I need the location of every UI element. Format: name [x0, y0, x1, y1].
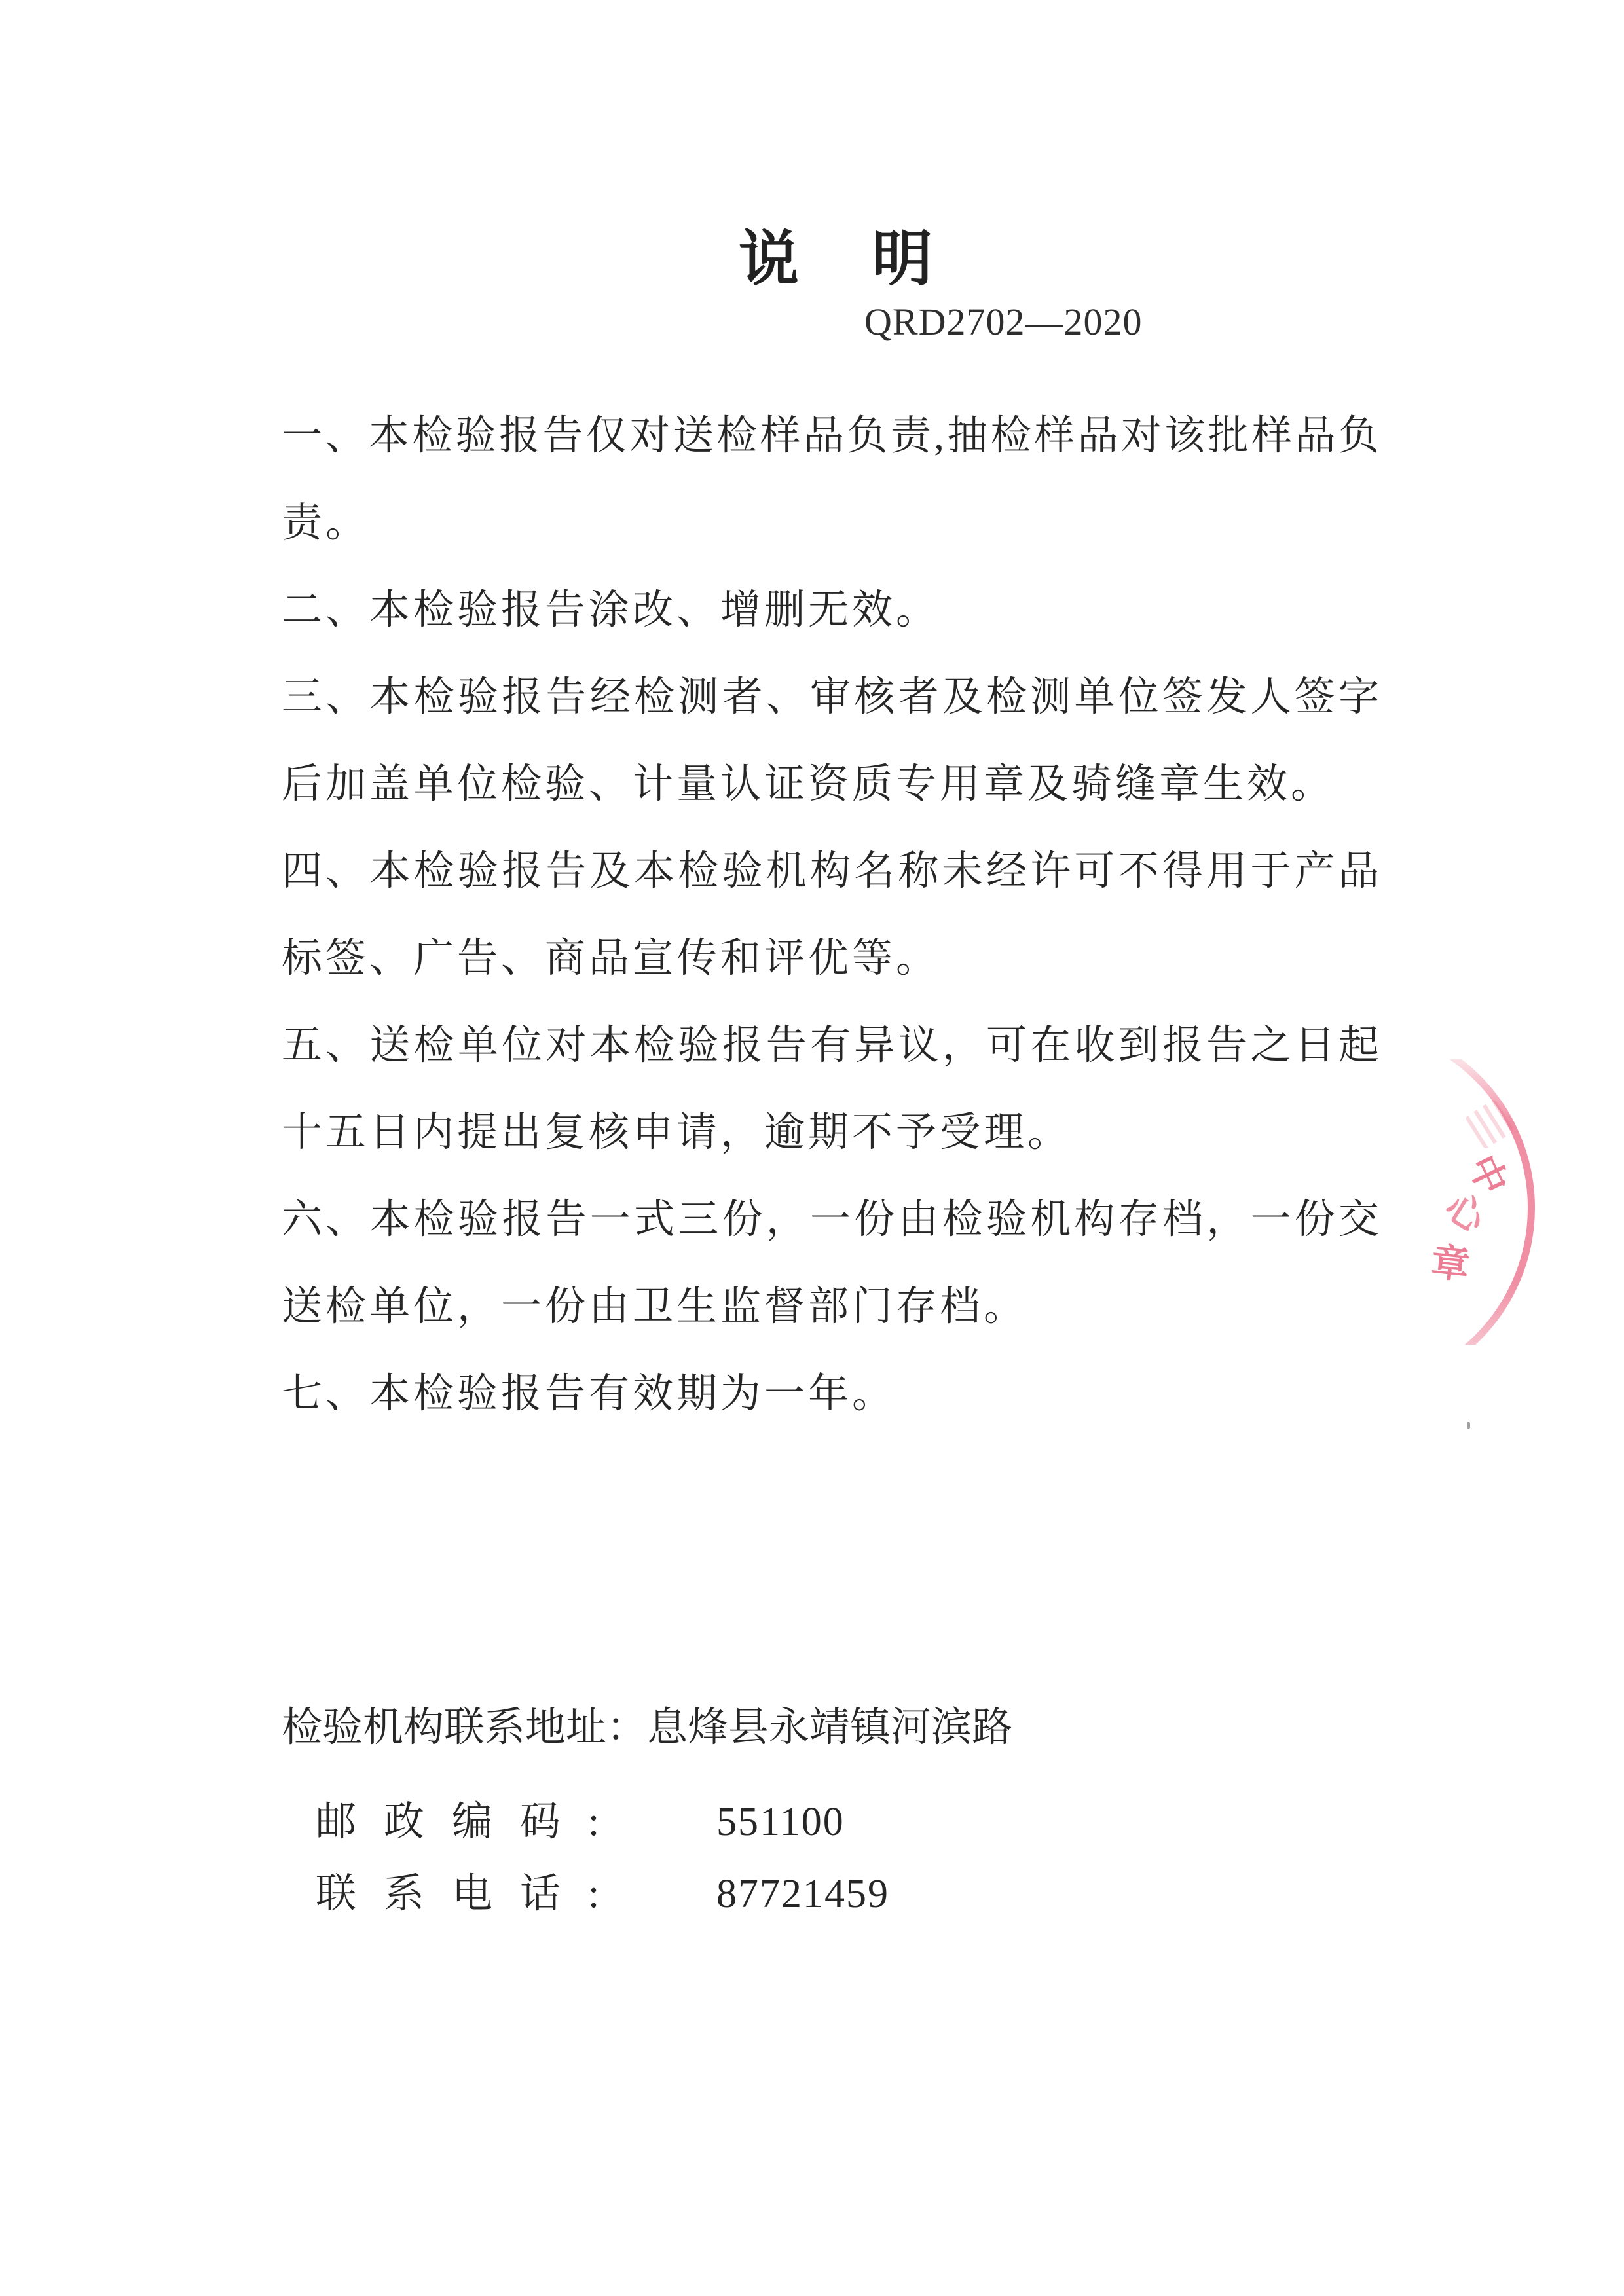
stamp-character: 章: [1430, 1243, 1471, 1285]
note-line-7: 七、本检验报告有效期为一年。: [282, 1374, 896, 1414]
note-line-1b: 责。: [282, 503, 369, 543]
note-line-4a: 四、本检验报告及本检验机构名称未经许可不得用于产品: [282, 851, 1382, 892]
stamp-character: 心: [1439, 1187, 1491, 1239]
stamp-character: 中: [1462, 1150, 1513, 1201]
note-line-4b: 标签、广告、商品宣传和评优等。: [282, 938, 940, 979]
contact-address-label: 检验机构联系地址：: [282, 1705, 647, 1750]
note-line-2: 二、本检验报告涂改、增删无效。: [282, 590, 940, 630]
postal-code-label: 邮政编码:: [316, 1802, 627, 1842]
note-line-6a: 六、本检验报告一式三份，一份由检验机构存档，一份交: [282, 1199, 1382, 1240]
stamp-ring-icon: [1407, 1059, 1535, 1345]
stamp-faint-character: [1465, 1099, 1515, 1150]
page-title: 说 明: [739, 211, 939, 297]
postal-code-value: 551100: [716, 1802, 845, 1842]
note-line-6b: 送检单位，一份由卫生监督部门存档。: [282, 1286, 1027, 1327]
note-line-5a: 五、送检单位对本检验报告有异议，可在收到报告之日起: [282, 1025, 1382, 1066]
note-line-5b: 十五日内提出复核申请，逾期不予受理。: [282, 1112, 1071, 1153]
phone-label: 联系电话:: [316, 1874, 627, 1914]
contact-address-line: 检验机构联系地址：息烽县永靖镇河滨路: [282, 1707, 1012, 1748]
note-line-3a: 三、本检验报告经检测者、审核者及检测单位签发人签字: [282, 677, 1382, 718]
contact-address-value: 息烽县永靖镇河滨路: [647, 1705, 1012, 1750]
note-line-1a: 一、本检验报告仅对送检样品负责,抽检样品对该批样品负: [282, 416, 1382, 456]
document-code: QRD2702—2020: [864, 300, 1142, 344]
report-notes-page: 说 明 QRD2702—2020 一、本检验报告仅对送检样品负责,抽检样品对该批…: [0, 0, 1624, 2296]
phone-value: 87721459: [716, 1874, 889, 1914]
scan-artifact-speck: [1467, 1422, 1470, 1429]
stamp: [1407, 1059, 1624, 1345]
note-line-3b: 后加盖单位检验、计量认证资质专用章及骑缝章生效。: [282, 764, 1335, 805]
